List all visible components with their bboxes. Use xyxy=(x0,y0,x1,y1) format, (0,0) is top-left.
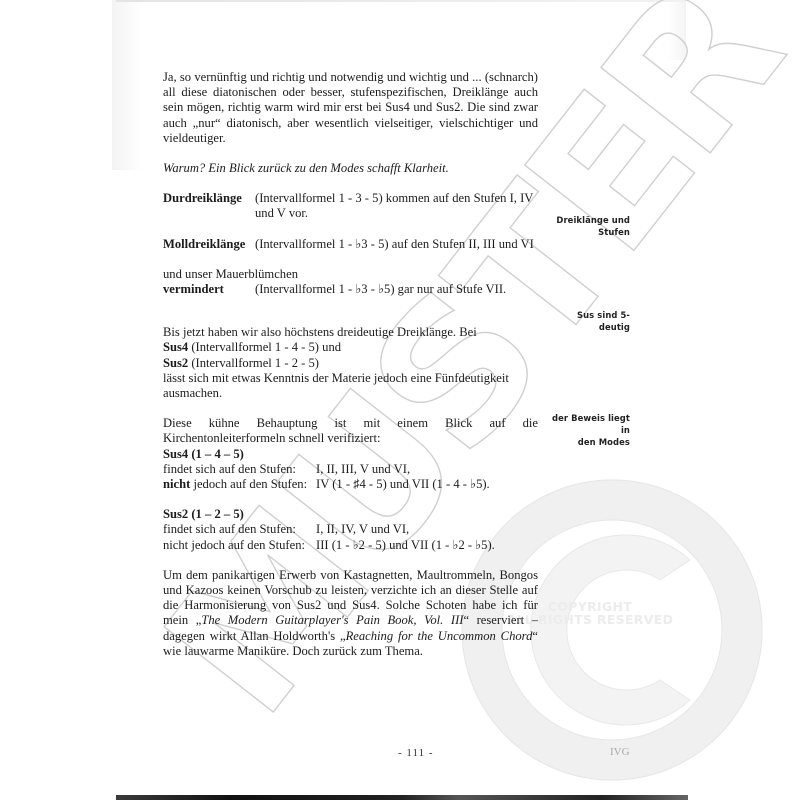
publisher-mark: IVG xyxy=(610,746,630,758)
scan-edge-band xyxy=(116,795,688,800)
diminished-intro: und unser Mauerblümchen xyxy=(163,267,538,282)
question-line: Warum? Ein Blick zurück zu den Modes sch… xyxy=(163,161,538,176)
page-body: Ja, so vernünftig und richtig und notwen… xyxy=(163,70,538,659)
sus2-block: Sus2 (1 – 2 – 5) findet sich auf den Stu… xyxy=(163,507,538,553)
term-dur: Durdreiklänge xyxy=(163,191,255,206)
page-shadow-left xyxy=(112,0,142,170)
desc-moll: (Intervallformel 1 - ♭3 - 5) auf den Stu… xyxy=(255,237,538,252)
copyright-c xyxy=(531,535,690,725)
term-vermindert: vermindert xyxy=(163,282,255,297)
margin-note-sus-deutig: Sus sind 5-deutig xyxy=(548,309,630,333)
claim-paragraph: Diese kühne Behauptung ist mit einem Bli… xyxy=(163,416,538,446)
margin-note-beweis: der Beweis liegt in den Modes xyxy=(540,412,630,448)
page-number: - 111 - xyxy=(398,747,434,759)
margin-note-dreiklaenge: Dreiklänge und Stufen xyxy=(548,214,630,238)
intro-paragraph: Ja, so vernünftig und richtig und notwen… xyxy=(163,70,538,146)
triad-minor-row: Molldreiklänge (Intervallformel 1 - ♭3 -… xyxy=(163,237,538,252)
term-moll: Molldreiklänge xyxy=(163,237,255,252)
triad-major-row: Durdreiklänge (Intervallformel 1 - 3 - 5… xyxy=(163,191,538,221)
closing-paragraph: Um dem panikartigen Erwerb von Kastagnet… xyxy=(163,568,538,659)
desc-dur: (Intervallformel 1 - 3 - 5) kommen auf d… xyxy=(255,191,538,221)
page-edge xyxy=(116,0,686,2)
sus4-block: Sus4 (1 – 4 – 5) findet sich auf den Stu… xyxy=(163,447,538,493)
triad-diminished-row: vermindert (Intervallformel 1 - ♭3 - ♭5)… xyxy=(163,282,538,297)
page-shadow-right xyxy=(668,0,686,60)
sus-paragraph: Bis jetzt haben wir also höchstens dreid… xyxy=(163,325,538,401)
desc-vermindert: (Intervallformel 1 - ♭3 - ♭5) gar nur au… xyxy=(255,282,538,297)
